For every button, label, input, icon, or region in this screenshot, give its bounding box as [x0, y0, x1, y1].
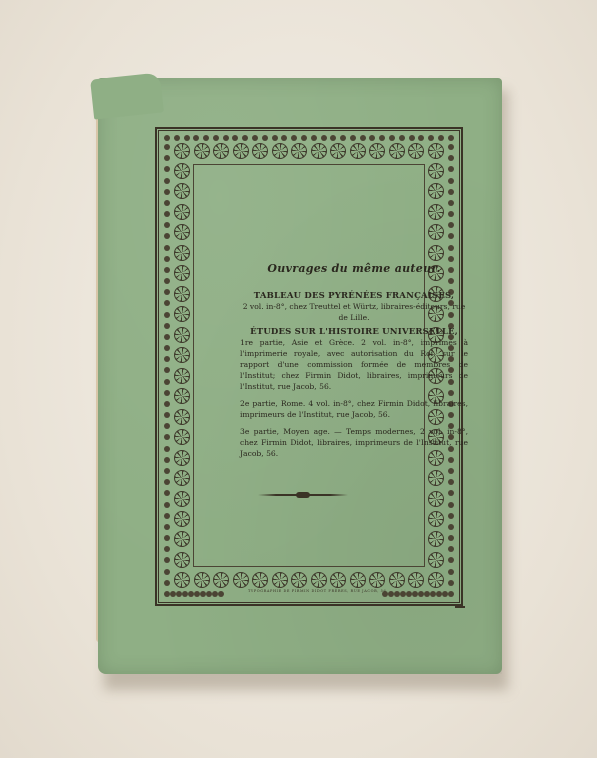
dot-border-left	[164, 144, 170, 586]
cover-heading: Ouvrages du même auteur.	[240, 262, 468, 275]
work-part: 3e partie, Moyen age. — Temps modernes, …	[240, 426, 468, 459]
book-back-cover: Ouvrages du même auteur. TABLEAU DES PYR…	[98, 78, 502, 674]
cover-text: Ouvrages du même auteur. TABLEAU DES PYR…	[240, 254, 468, 459]
rosette-border-top	[174, 143, 444, 159]
ornamental-rule-center	[296, 492, 310, 498]
printer-imprint: TYPOGRAPHIE DE FIRMIN DIDOT FRÈRES, RUE …	[218, 589, 418, 593]
rosette-border-left	[174, 163, 190, 568]
work-part: 2e partie, Rome. 4 vol. in-8°, chez Firm…	[240, 398, 468, 420]
rosette-border-bottom	[174, 572, 444, 588]
work-title: TABLEAU DES PYRÉNÉES FRANÇAISES,	[240, 291, 468, 301]
work-title: ÉTUDES SUR L'HISTOIRE UNIVERSELLE,	[240, 327, 468, 337]
ink-mark	[455, 606, 465, 608]
dot-border-top	[164, 135, 454, 141]
work-details: 2 vol. in-8°, chez Treuttel et Würtz, li…	[240, 301, 468, 323]
torn-corner	[90, 72, 164, 119]
work-part: 1re partie, Asie et Grèce. 2 vol. in-8°,…	[240, 337, 468, 392]
